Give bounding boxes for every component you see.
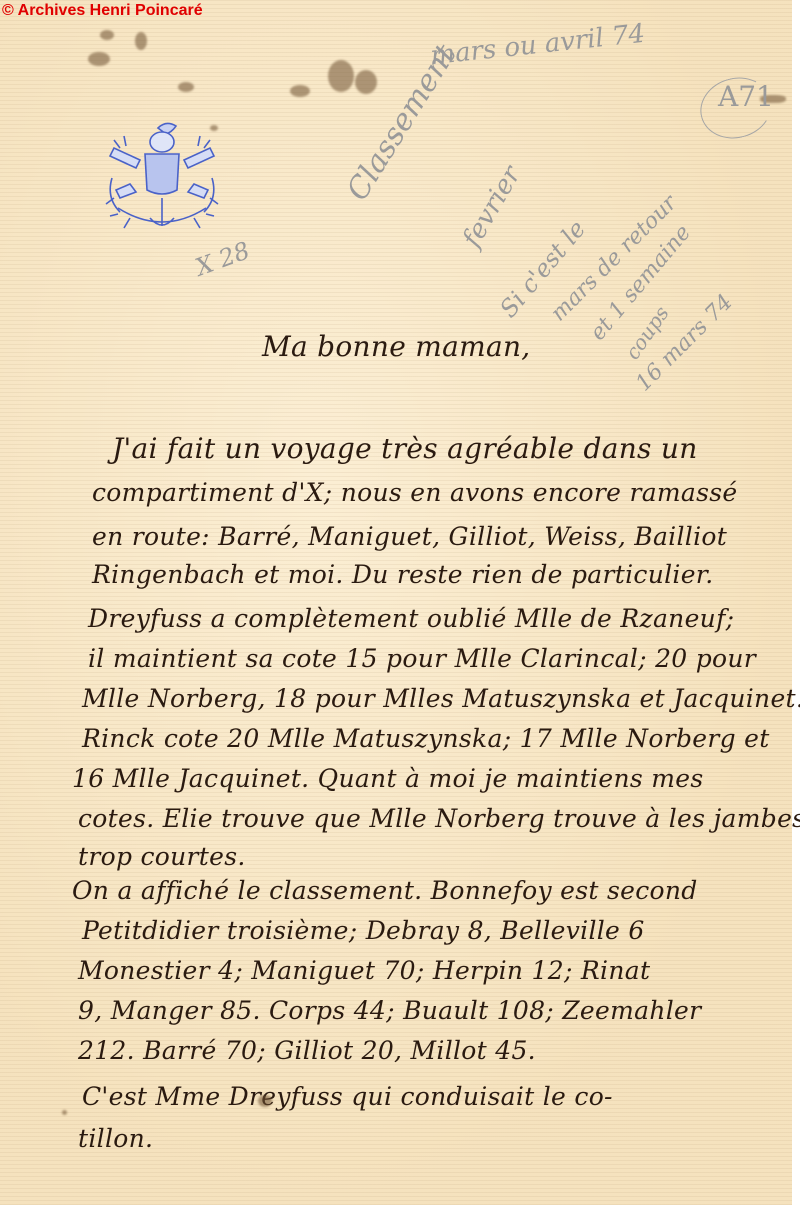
letter-line: en route: Barré, Maniguet, Gilliot, Weis… xyxy=(92,522,727,551)
ink-stain xyxy=(100,30,114,40)
letter-line: 212. Barré 70; Gilliot 20, Millot 45. xyxy=(78,1036,536,1065)
letter-line: Mlle Norberg, 18 pour Mlles Matuszynska … xyxy=(82,684,800,713)
letter-line: On a affiché le classement. Bonnefoy est… xyxy=(72,876,698,905)
ink-stain xyxy=(328,60,354,92)
letter-line: cotes. Elie trouve que Mlle Norberg trou… xyxy=(78,804,800,833)
letter-line: trop courtes. xyxy=(78,842,246,871)
letter-line: J'ai fait un voyage très agréable dans u… xyxy=(112,432,698,465)
letter-line: Petitdidier troisième; Debray 8, Bellevi… xyxy=(82,916,645,945)
pencil-date-annotation: mars ou avril 74 xyxy=(429,19,646,71)
ink-stain xyxy=(258,1095,272,1107)
ink-stain xyxy=(355,70,377,94)
margin-note: Classement xyxy=(340,38,463,206)
ink-stain xyxy=(88,52,110,66)
ink-stain xyxy=(62,1110,67,1115)
letter-line: Dreyfuss a complètement oublié Mlle de R… xyxy=(88,604,734,633)
letter-line: Monestier 4; Maniguet 70; Herpin 12; Rin… xyxy=(78,956,650,985)
ink-stain xyxy=(178,82,194,92)
letter-line: tillon. xyxy=(78,1124,153,1153)
letter-line: 16 Mlle Jacquinet. Quant à moi je mainti… xyxy=(72,764,703,793)
salutation: Ma bonne maman, xyxy=(262,330,531,363)
margin-note: fevrier xyxy=(457,161,527,252)
letter-line: 9, Manger 85. Corps 44; Buault 108; Zeem… xyxy=(78,996,701,1025)
letter-line: Rinck cote 20 Mlle Matuszynska; 17 Mlle … xyxy=(82,724,770,753)
letter-line: Ringenbach et moi. Du reste rien de part… xyxy=(92,560,714,589)
ecole-polytechnique-crest-icon xyxy=(100,118,230,248)
archive-ref-label: A71 xyxy=(718,80,774,113)
copyright-watermark: © Archives Henri Poincaré xyxy=(2,2,203,20)
ink-stain xyxy=(290,85,310,97)
letter-line: C'est Mme Dreyfuss qui conduisait le co- xyxy=(82,1082,613,1111)
letter-line: il maintient sa cote 15 pour Mlle Clarin… xyxy=(88,644,756,673)
ink-stain xyxy=(135,32,147,50)
letter-line: compartiment d'X; nous en avons encore r… xyxy=(92,478,738,507)
letter-page: © Archives Henri Poincaré mars ou avril … xyxy=(0,0,792,1205)
